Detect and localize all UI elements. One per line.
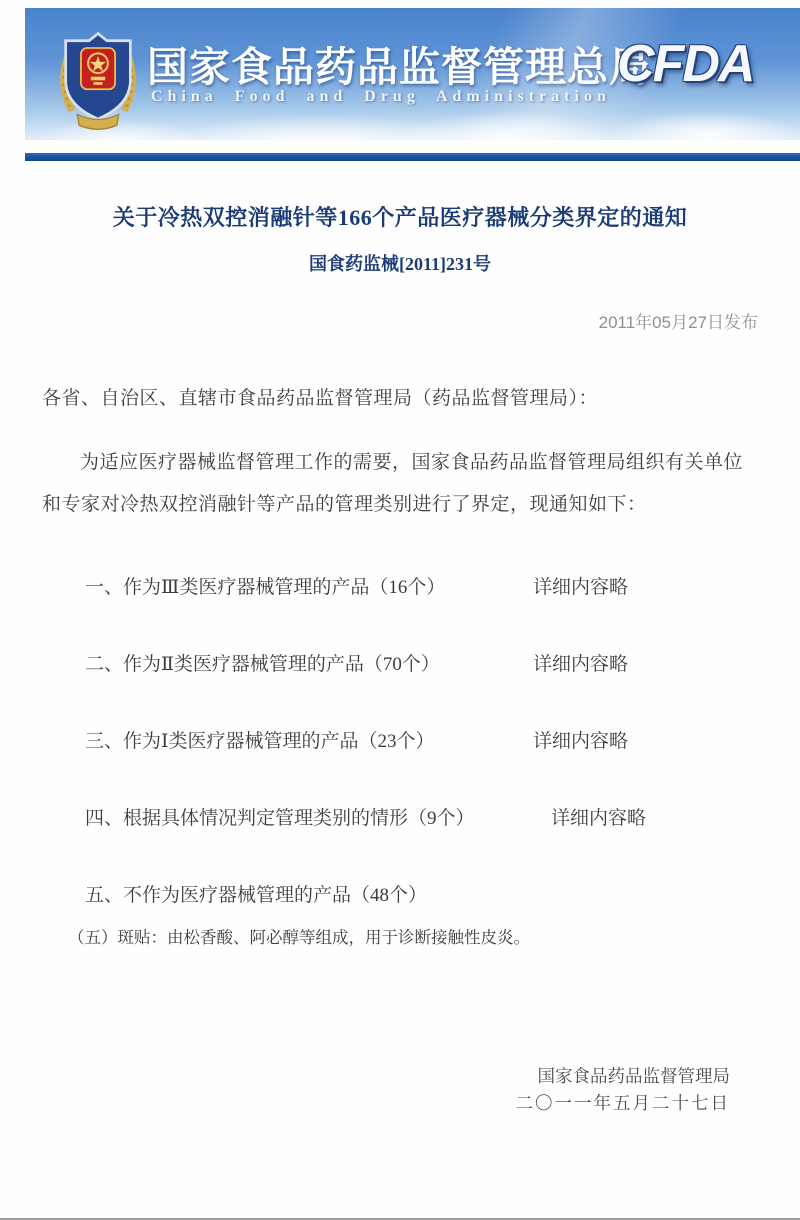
document-body: 关于冷热双控消融针等166个产品医疗器械分类界定的通知 国食药监械[2011]2…: [0, 161, 800, 1117]
signature-block: 国家食品药品监督管理局 二〇一一年五月二十七日: [42, 1063, 758, 1117]
list-item: 二、作为Ⅱ类医疗器械管理的产品（70个）详细内容略: [42, 650, 758, 680]
list-item: 三、作为Ⅰ类医疗器械管理的产品（23个）详细内容略: [42, 727, 758, 757]
org-name-en: China Food and Drug Administration: [151, 88, 611, 106]
cfda-logo-text: CFDA: [617, 34, 753, 94]
list-item: 一、作为Ⅲ类医疗器械管理的产品（16个）详细内容略: [42, 573, 758, 603]
sub-item: （五）斑贴：由松香酸、阿必醇等组成，用于诊断接触性皮炎。: [42, 925, 758, 951]
list-item: 四、根据具体情况判定管理类别的情形（9个）详细内容略: [42, 804, 758, 834]
document-number: 国食药监械[2011]231号: [42, 250, 758, 276]
item-note: 详细内容略: [533, 731, 628, 752]
item-note: 详细内容略: [533, 577, 628, 598]
item-text: 五、不作为医疗器械管理的产品（48个）: [85, 881, 533, 911]
org-name-zh: 国家食品药品监督管理总局: [147, 34, 651, 93]
notice-page: 国家食品药品监督管理总局 China Food and Drug Adminis…: [0, 0, 800, 1220]
item-note: 详细内容略: [551, 808, 646, 829]
intro-paragraph: 为适应医疗器械监督管理工作的需要，国家食品药品监督管理局组织有关单位和专家对冷热…: [42, 442, 758, 526]
header-divider-bar: [25, 153, 800, 161]
item-note: 详细内容略: [533, 654, 628, 675]
cfda-badge-emblem: [53, 30, 143, 136]
list-item: 五、不作为医疗器械管理的产品（48个）: [42, 881, 758, 911]
signature-date: 二〇一一年五月二十七日: [42, 1090, 730, 1117]
items-list: 一、作为Ⅲ类医疗器械管理的产品（16个）详细内容略二、作为Ⅱ类医疗器械管理的产品…: [42, 573, 758, 911]
item-text: 四、根据具体情况判定管理类别的情形（9个）: [85, 804, 533, 834]
signature-org: 国家食品药品监督管理局: [42, 1063, 730, 1090]
item-text: 一、作为Ⅲ类医疗器械管理的产品（16个）: [85, 573, 533, 603]
document-title: 关于冷热双控消融针等166个产品医疗器械分类界定的通知: [42, 201, 758, 232]
item-text: 二、作为Ⅱ类医疗器械管理的产品（70个）: [85, 650, 533, 680]
salutation: 各省、自治区、直辖市食品药品监督管理局（药品监督管理局）：: [42, 383, 758, 410]
site-header: 国家食品药品监督管理总局 China Food and Drug Adminis…: [25, 8, 800, 140]
publish-date: 2011年05月27日发布: [42, 308, 758, 333]
item-text: 三、作为Ⅰ类医疗器械管理的产品（23个）: [85, 727, 533, 757]
